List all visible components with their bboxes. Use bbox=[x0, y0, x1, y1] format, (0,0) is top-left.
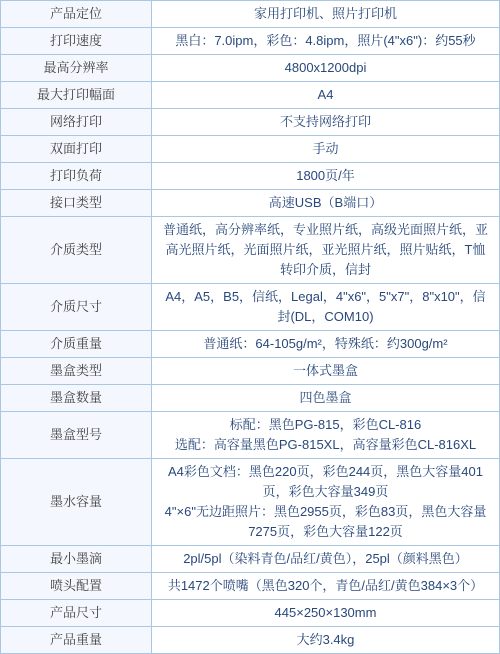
spec-value: 445×250×130mm bbox=[152, 600, 499, 626]
spec-label: 墨盒数量 bbox=[1, 385, 152, 411]
spec-label: 介质尺寸 bbox=[1, 284, 152, 330]
spec-label: 产品重量 bbox=[1, 627, 152, 653]
spec-value: 2pl/5pl（染料青色/品红/黄色），25pl（颜料黑色） bbox=[152, 546, 499, 572]
spec-value: 黑白：7.0ipm，彩色：4.8ipm，照片(4"x6")：约55秒 bbox=[152, 28, 499, 54]
spec-label: 最高分辨率 bbox=[1, 55, 152, 81]
table-row: 产品定位 家用打印机、照片打印机 bbox=[1, 1, 499, 28]
spec-label: 最大打印幅面 bbox=[1, 82, 152, 108]
spec-label: 墨盒类型 bbox=[1, 358, 152, 384]
spec-label: 打印速度 bbox=[1, 28, 152, 54]
spec-value: 手动 bbox=[152, 136, 499, 162]
table-row: 最大打印幅面 A4 bbox=[1, 82, 499, 109]
spec-label: 最小墨滴 bbox=[1, 546, 152, 572]
spec-label: 接口类型 bbox=[1, 190, 152, 216]
table-row: 喷头配置 共1472个喷嘴（黑色320个，青色/品红/黄色384×3个） bbox=[1, 573, 499, 600]
spec-value: A4，A5，B5，信纸，Legal，4"x6"，5"x7"，8"x10"，信封(… bbox=[152, 284, 499, 330]
table-row: 最小墨滴 2pl/5pl（染料青色/品红/黄色），25pl（颜料黑色） bbox=[1, 546, 499, 573]
spec-value: 共1472个喷嘴（黑色320个，青色/品红/黄色384×3个） bbox=[152, 573, 499, 599]
table-row: 网络打印 不支持网络打印 bbox=[1, 109, 499, 136]
spec-value: 四色墨盒 bbox=[152, 385, 499, 411]
table-row: 打印速度 黑白：7.0ipm，彩色：4.8ipm，照片(4"x6")：约55秒 bbox=[1, 28, 499, 55]
table-row: 打印负荷 1800页/年 bbox=[1, 163, 499, 190]
spec-label: 介质重量 bbox=[1, 331, 152, 357]
table-row: 产品尺寸 445×250×130mm bbox=[1, 600, 499, 627]
table-row: 介质尺寸 A4，A5，B5，信纸，Legal，4"x6"，5"x7"，8"x10… bbox=[1, 284, 499, 331]
spec-label: 产品定位 bbox=[1, 1, 152, 27]
spec-value: A4 bbox=[152, 82, 499, 108]
table-row: 介质类型 普通纸，高分辨率纸，专业照片纸，高级光面照片纸，亚高光照片纸，光面照片… bbox=[1, 217, 499, 284]
spec-label: 喷头配置 bbox=[1, 573, 152, 599]
spec-value: 不支持网络打印 bbox=[152, 109, 499, 135]
spec-label: 产品尺寸 bbox=[1, 600, 152, 626]
spec-value: 高速USB（B端口） bbox=[152, 190, 499, 216]
table-row: 产品重量 大约3.4kg bbox=[1, 627, 499, 653]
table-row: 接口类型 高速USB（B端口） bbox=[1, 190, 499, 217]
table-row: 墨盒型号 标配：黑色PG-815，彩色CL-816 选配：高容量黑色PG-815… bbox=[1, 412, 499, 459]
table-row: 墨盒数量 四色墨盒 bbox=[1, 385, 499, 412]
table-row: 墨盒类型 一体式墨盒 bbox=[1, 358, 499, 385]
spec-value: 家用打印机、照片打印机 bbox=[152, 1, 499, 27]
spec-value: A4彩色文档：黑色220页，彩色244页，黑色大容量401页，彩色大容量349页… bbox=[152, 459, 499, 545]
spec-label: 介质类型 bbox=[1, 217, 152, 283]
spec-label: 墨水容量 bbox=[1, 459, 152, 545]
spec-value: 标配：黑色PG-815，彩色CL-816 选配：高容量黑色PG-815XL，高容… bbox=[152, 412, 499, 458]
printer-spec-table: 产品定位 家用打印机、照片打印机 打印速度 黑白：7.0ipm，彩色：4.8ip… bbox=[0, 0, 500, 654]
table-row: 墨水容量 A4彩色文档：黑色220页，彩色244页，黑色大容量401页，彩色大容… bbox=[1, 459, 499, 546]
spec-value: 1800页/年 bbox=[152, 163, 499, 189]
spec-label: 打印负荷 bbox=[1, 163, 152, 189]
spec-value: 普通纸，高分辨率纸，专业照片纸，高级光面照片纸，亚高光照片纸，光面照片纸，亚光照… bbox=[152, 217, 499, 283]
spec-value: 普通纸：64-105g/m²，特殊纸：约300g/m² bbox=[152, 331, 499, 357]
table-row: 最高分辨率 4800x1200dpi bbox=[1, 55, 499, 82]
table-row: 双面打印 手动 bbox=[1, 136, 499, 163]
table-row: 介质重量 普通纸：64-105g/m²，特殊纸：约300g/m² bbox=[1, 331, 499, 358]
spec-label: 墨盒型号 bbox=[1, 412, 152, 458]
spec-value: 大约3.4kg bbox=[152, 627, 499, 653]
spec-label: 网络打印 bbox=[1, 109, 152, 135]
spec-value: 一体式墨盒 bbox=[152, 358, 499, 384]
spec-label: 双面打印 bbox=[1, 136, 152, 162]
spec-value: 4800x1200dpi bbox=[152, 55, 499, 81]
